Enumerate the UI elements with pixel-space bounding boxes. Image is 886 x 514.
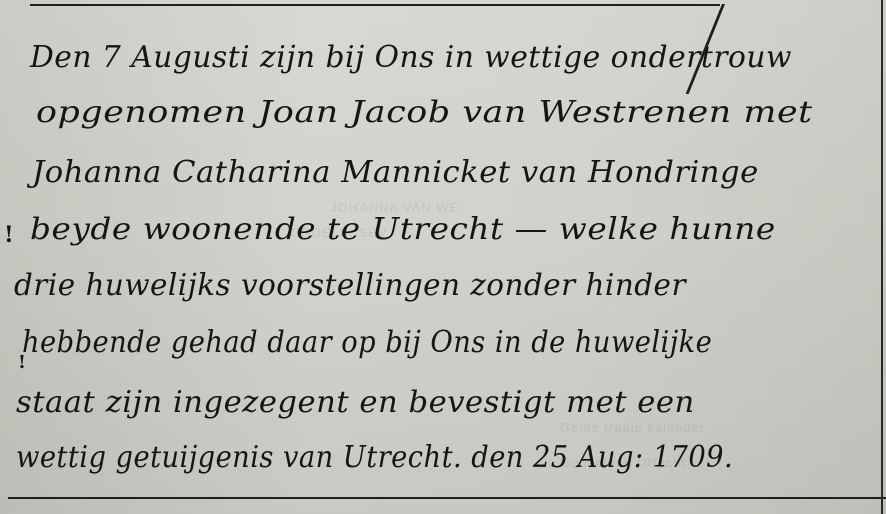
record-line-4: beyde woonende te Utrecht — welke hunne xyxy=(30,212,776,247)
show-through-text: Gelde fraaie kalender xyxy=(560,420,705,435)
record-line-5: drie huwelijks voorstellingen zonder hin… xyxy=(14,268,686,303)
top-rule xyxy=(30,4,720,6)
bottom-rule xyxy=(8,497,886,499)
margin-mark: ! xyxy=(4,222,14,248)
record-line-6: hebbende gehad daar op bij Ons in de huw… xyxy=(22,325,712,360)
right-frame-edge xyxy=(881,0,883,514)
record-line-7: staat zijn ingezegent en bevestigt met e… xyxy=(16,385,695,420)
record-line-8: wettig getuijgenis van Utrecht. den 25 A… xyxy=(16,440,733,475)
record-line-1: Den 7 Augusti zijn bij Ons in wettige on… xyxy=(30,40,792,75)
record-line-3: Johanna Catharina Mannicket van Hondring… xyxy=(32,155,759,190)
document-page: JOHANNA VAN WE ORDELIK SEV Gelde fraaie … xyxy=(0,0,886,514)
record-line-2: opgenomen Joan Jacob van Westrenen met xyxy=(36,95,813,130)
